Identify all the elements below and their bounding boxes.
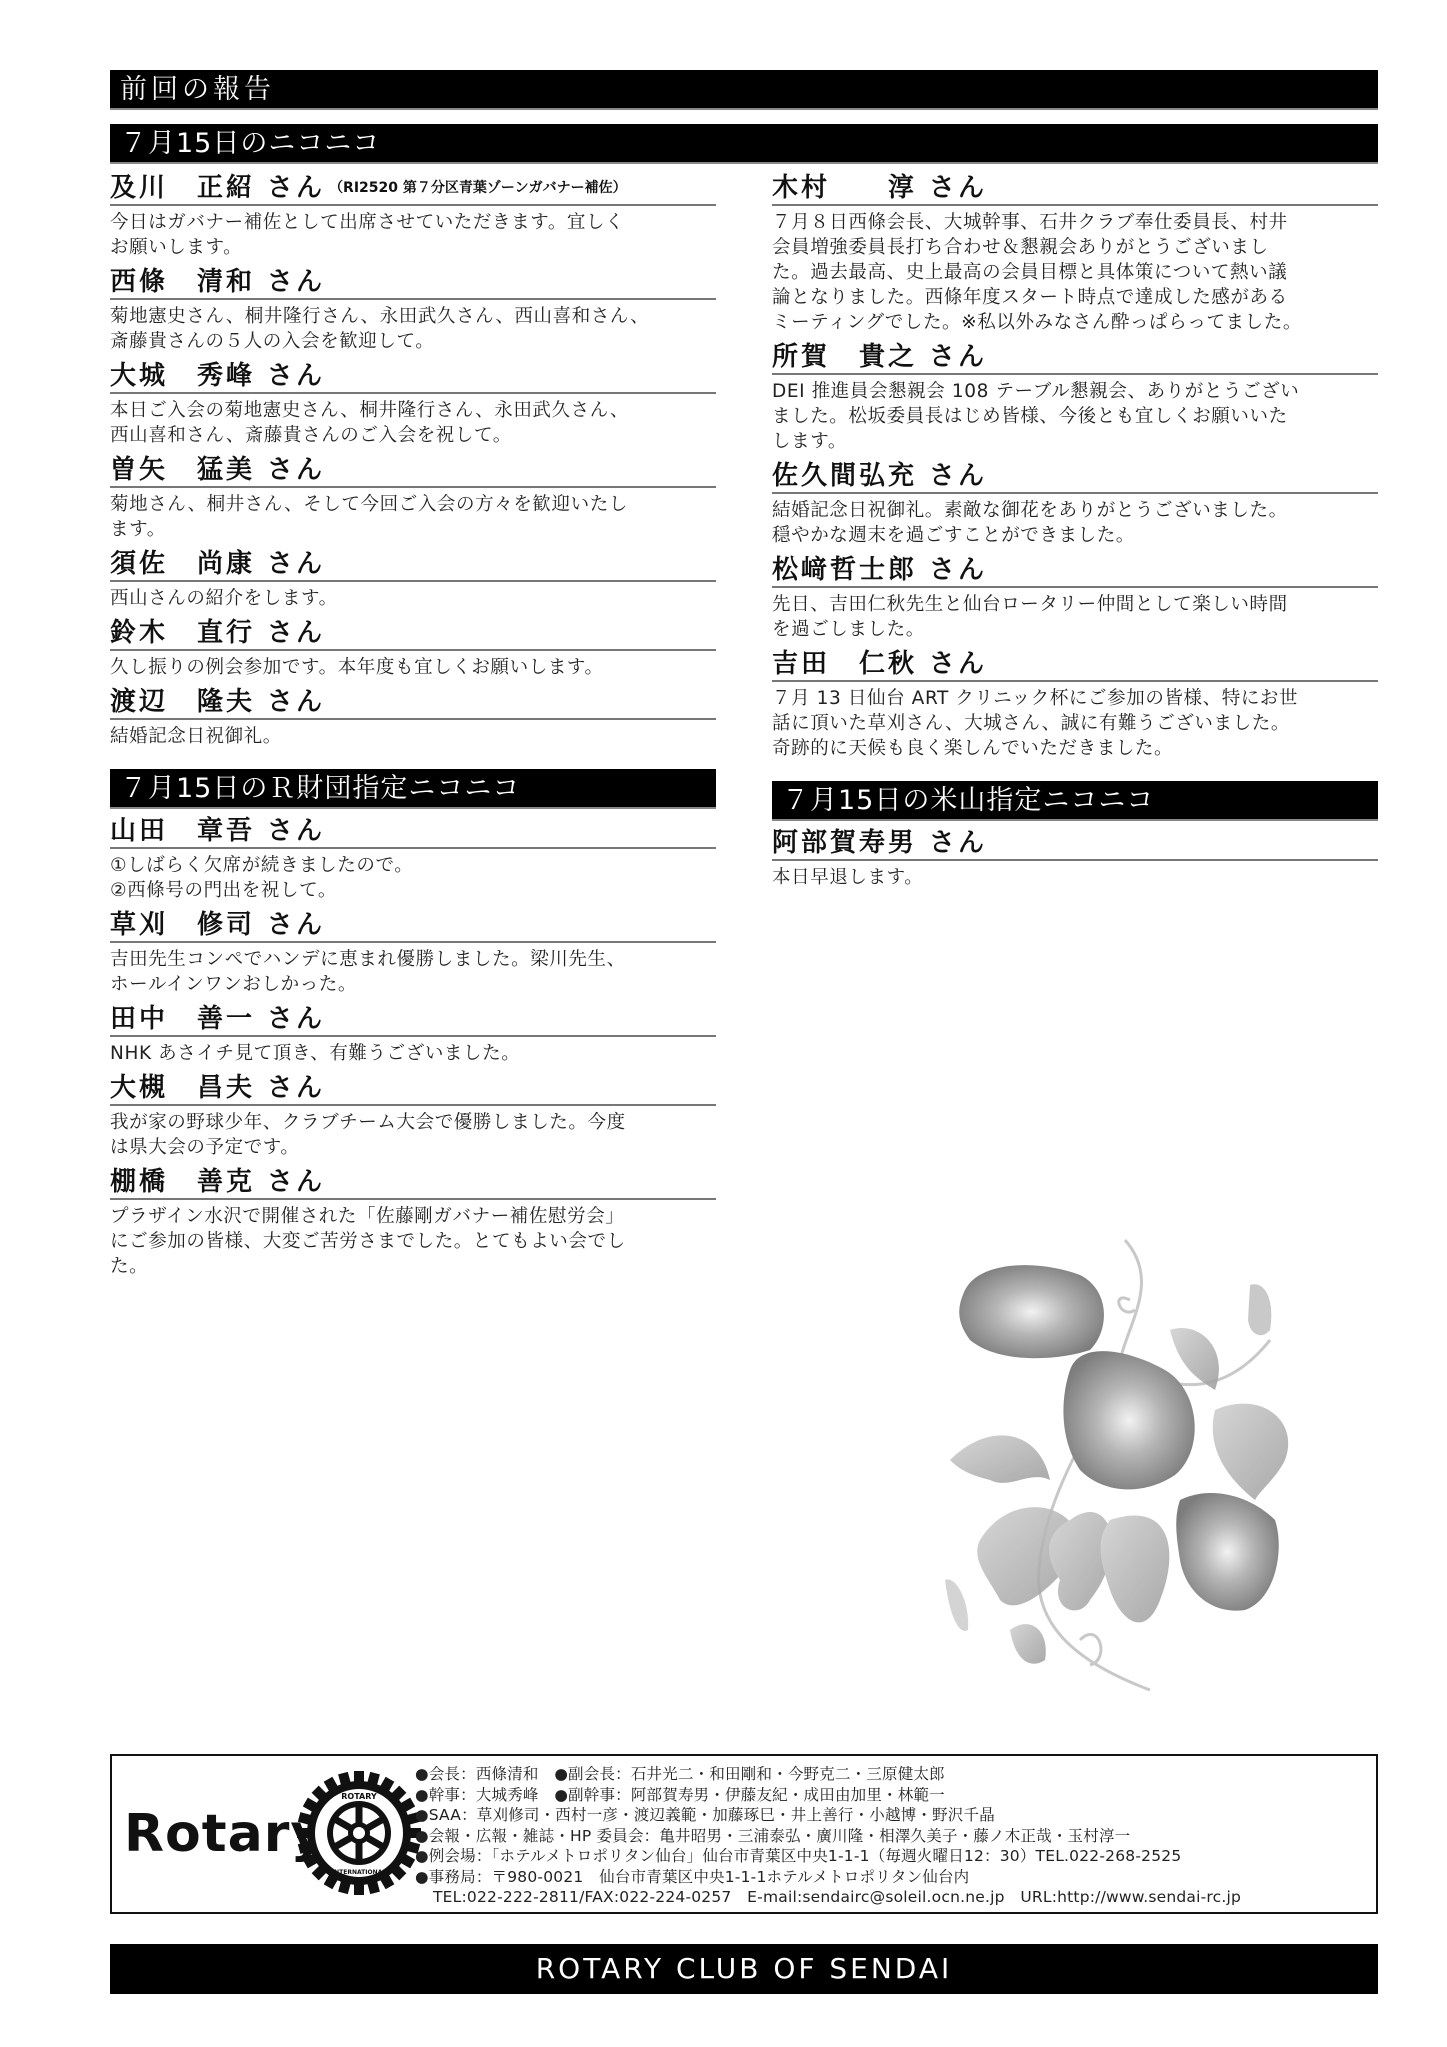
member-name: 田中 善一 さん	[110, 1001, 716, 1037]
nikoniko-entry: 鈴木 直行 さん 久し振りの例会参加です。本年度も宜しくお願いします。	[110, 615, 716, 684]
svg-text:INTERNATIONAL: INTERNATIONAL	[332, 1869, 386, 1876]
member-name: 阿部賀寿男 さん	[772, 825, 1378, 861]
member-name: 大槻 昌夫 さん	[110, 1070, 716, 1106]
rfoundation-entry: 棚橋 善克 さん プラザイン水沢で開催された「佐藤剛ガバナー補佐慰労会」 にご参…	[110, 1164, 716, 1283]
member-message: 我が家の野球少年、クラブチーム大会で優勝しました。今度 は県大会の予定です。	[110, 1106, 716, 1164]
rotary-wheel-icon: ROTARY INTERNATIONAL	[294, 1768, 424, 1898]
member-name: 須佐 尚康 さん	[110, 546, 716, 582]
nikoniko-entry: 曽矢 猛美 さん 菊地さん、桐井さん、そして今回ご入会の方々を歓迎いたし ます。	[110, 452, 716, 546]
section-title-rfoundation: ７月15日のＲ財団指定ニコニコ	[110, 769, 716, 809]
member-message: 菊地さん、桐井さん、そして今回ご入会の方々を歓迎いたし ます。	[110, 488, 716, 546]
member-name: 及川 正紹 さん（RI2520 第７分区青葉ゾーンガバナー補佐）	[110, 170, 716, 206]
club-officers-info: ●会長：西條清和 ●副会長：石井光二・和田剛和・今野克二・三原健太郎 ●幹事：大…	[415, 1764, 1375, 1908]
member-name: 大城 秀峰 さん	[110, 358, 716, 394]
nikoniko-entry: 渡辺 隆夫 さん 結婚記念日祝御礼。	[110, 684, 716, 763]
info-line-office: ●事務局：〒980-0021 仙台市青葉区中央1-1-1ホテルメトロポリタン仙台…	[415, 1867, 1375, 1888]
member-name: 山田 章吾 さん	[110, 813, 716, 849]
morning-glory-illustration	[930, 1220, 1320, 1700]
section-title-nikoniko: ７月15日のニコニコ	[110, 124, 1378, 164]
member-name: 西條 清和 さん	[110, 264, 716, 300]
member-title-note: （RI2520 第７分区青葉ゾーンガバナー補佐）	[329, 180, 627, 196]
rfoundation-entry: 大槻 昌夫 さん 我が家の野球少年、クラブチーム大会で優勝しました。今度 は県大…	[110, 1070, 716, 1164]
member-name: 鈴木 直行 さん	[110, 615, 716, 651]
yoneyama-entry: 阿部賀寿男 さん 本日早退します。	[772, 825, 1378, 894]
info-line-saa: ●SAA：草刈修司・西村一彦・渡辺義範・加藤琢巳・井上善行・小越博・野沢千晶	[415, 1805, 1375, 1826]
info-line-president: ●会長：西條清和 ●副会長：石井光二・和田剛和・今野克二・三原健太郎	[415, 1764, 1375, 1785]
member-message: 今日はガバナー補佐として出席させていただきます。宜しく お願いします。	[110, 206, 716, 264]
nikoniko-entry: 須佐 尚康 さん 西山さんの紹介をします。	[110, 546, 716, 615]
nikoniko-entry: 大城 秀峰 さん 本日ご入会の菊地憲史さん、桐井隆行さん、永田武久さん、 西山喜…	[110, 358, 716, 452]
member-name: 松﨑哲士郎 さん	[772, 552, 1378, 588]
member-message: ７月 13 日仙台 ART クリニック杯にご参加の皆様、特にお世 話に頂いた草刈…	[772, 682, 1378, 775]
member-name: 棚橋 善克 さん	[110, 1164, 716, 1200]
member-name: 所賀 貴之 さん	[772, 339, 1378, 375]
nikoniko-entry: 所賀 貴之 さん DEI 推進員会懇親会 108 テーブル懇親会、ありがとうござ…	[772, 339, 1378, 458]
nikoniko-entry: 西條 清和 さん 菊地憲史さん、桐井隆行さん、永田武久さん、西山喜和さん、 斎藤…	[110, 264, 716, 358]
member-message: 結婚記念日祝御礼。	[110, 720, 716, 763]
member-message: 先日、吉田仁秋先生と仙台ロータリー仲間として楽しい時間 を過ごしました。	[772, 588, 1378, 646]
club-name-banner: ROTARY CLUB OF SENDAI	[110, 1944, 1378, 1994]
member-message: 久し振りの例会参加です。本年度も宜しくお願いします。	[110, 651, 716, 684]
member-name: 曽矢 猛美 さん	[110, 452, 716, 488]
rfoundation-entry: 草刈 修司 さん 吉田先生コンペでハンデに恵まれ優勝しました。梁川先生、 ホール…	[110, 907, 716, 1001]
right-column: 木村 淳 さん ７月８日西條会長、大城幹事、石井クラブ奉仕委員長、村井 会員増強…	[772, 170, 1378, 894]
rfoundation-entry: 田中 善一 さん NHK あさイチ見て頂き、有難うございました。	[110, 1001, 716, 1070]
info-line-secretary: ●幹事：大城秀峰 ●副幹事：阿部賀寿男・伊藤友紀・成田由加里・林範一	[415, 1785, 1375, 1806]
member-name: 草刈 修司 さん	[110, 907, 716, 943]
member-message: NHK あさイチ見て頂き、有難うございました。	[110, 1037, 716, 1070]
member-message: 吉田先生コンペでハンデに恵まれ優勝しました。梁川先生、 ホールインワンおしかった…	[110, 943, 716, 1001]
member-message: ①しばらく欠席が続きましたので。 ②西條号の門出を祝して。	[110, 849, 716, 907]
club-info-box: Rotary	[110, 1754, 1378, 1914]
nikoniko-entry: 及川 正紹 さん（RI2520 第７分区青葉ゾーンガバナー補佐） 今日はガバナー…	[110, 170, 716, 264]
member-message: 本日早退します。	[772, 861, 1378, 894]
member-message: プラザイン水沢で開催された「佐藤剛ガバナー補佐慰労会」 にご参加の皆様、大変ご苦…	[110, 1200, 716, 1283]
member-message: 結婚記念日祝御礼。素敵な御花をありがとうございました。 穏やかな週末を過ごすこと…	[772, 494, 1378, 552]
member-message: 菊地憲史さん、桐井隆行さん、永田武久さん、西山喜和さん、 斎藤貴さんの５人の入会…	[110, 300, 716, 358]
nikoniko-entry: 松﨑哲士郎 さん 先日、吉田仁秋先生と仙台ロータリー仲間として楽しい時間 を過ご…	[772, 552, 1378, 646]
svg-text:ROTARY: ROTARY	[341, 1792, 377, 1801]
page-header: 前回の報告	[110, 70, 1378, 110]
member-message: 本日ご入会の菊地憲史さん、桐井隆行さん、永田武久さん、 西山喜和さん、斎藤貴さん…	[110, 394, 716, 452]
info-line-contact: TEL:022-222-2811/FAX:022-224-0257 E-mail…	[415, 1887, 1375, 1908]
member-name: 佐久間弘充 さん	[772, 458, 1378, 494]
info-line-committee: ●会報・広報・雑誌・HP 委員会：亀井昭男・三浦泰弘・廣川隆・相澤久美子・藤ノ木…	[415, 1826, 1375, 1847]
nikoniko-entry: 木村 淳 さん ７月８日西條会長、大城幹事、石井クラブ奉仕委員長、村井 会員増強…	[772, 170, 1378, 339]
member-message: DEI 推進員会懇親会 108 テーブル懇親会、ありがとうござい ました。松坂委…	[772, 375, 1378, 458]
section-title-yoneyama: ７月15日の米山指定ニコニコ	[772, 781, 1378, 821]
nikoniko-entry: 佐久間弘充 さん 結婚記念日祝御礼。素敵な御花をありがとうございました。 穏やか…	[772, 458, 1378, 552]
member-message: ７月８日西條会長、大城幹事、石井クラブ奉仕委員長、村井 会員増強委員長打ち合わせ…	[772, 206, 1378, 339]
rfoundation-entry: 山田 章吾 さん ①しばらく欠席が続きましたので。 ②西條号の門出を祝して。	[110, 813, 716, 907]
member-name: 木村 淳 さん	[772, 170, 1378, 206]
info-line-venue: ●例会場：「ホテルメトロポリタン仙台」仙台市青葉区中央1-1-1（毎週火曜日12…	[415, 1846, 1375, 1867]
member-name: 吉田 仁秋 さん	[772, 646, 1378, 682]
member-name: 渡辺 隆夫 さん	[110, 684, 716, 720]
nikoniko-entry: 吉田 仁秋 さん ７月 13 日仙台 ART クリニック杯にご参加の皆様、特にお…	[772, 646, 1378, 775]
left-column: 及川 正紹 さん（RI2520 第７分区青葉ゾーンガバナー補佐） 今日はガバナー…	[110, 170, 716, 1283]
member-message: 西山さんの紹介をします。	[110, 582, 716, 615]
